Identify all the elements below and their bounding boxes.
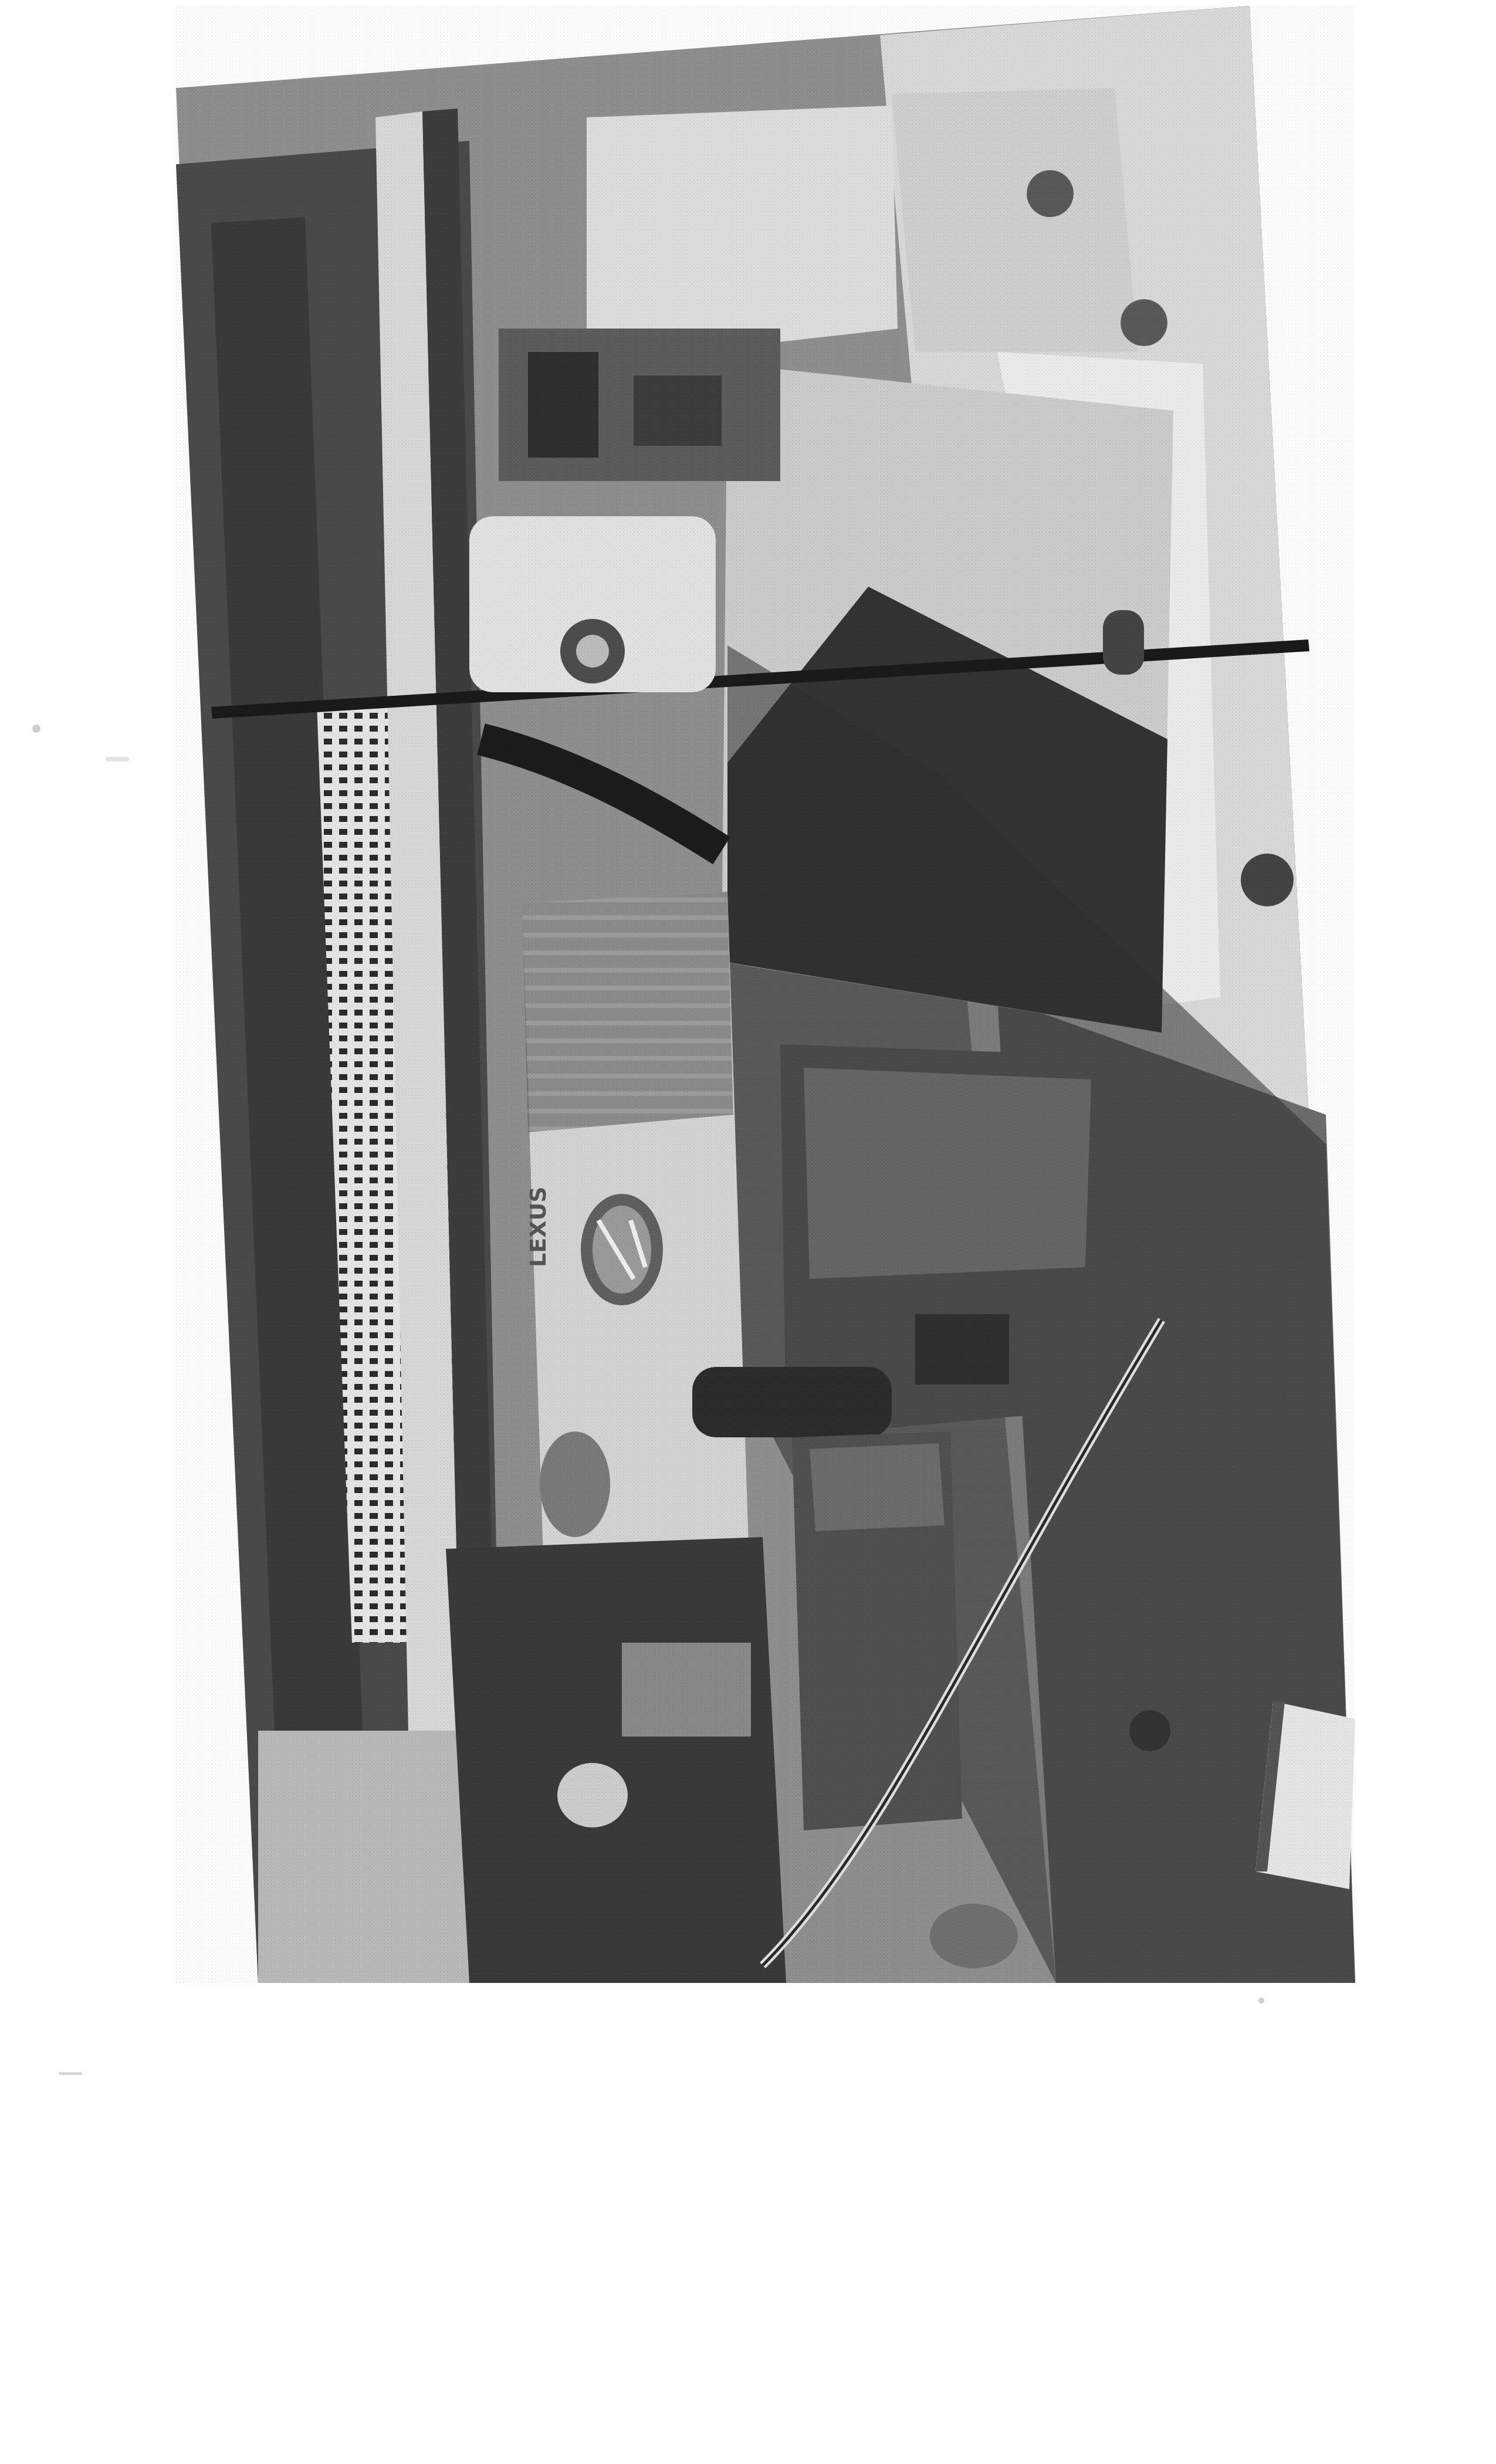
scan-speck [32,725,40,733]
scan-speck [106,757,129,761]
scan-grain [176,6,1355,1983]
scan-speck [59,2072,82,2075]
scanned-page: LEXUS [0,0,1496,2464]
scan-speck [1258,1998,1264,2003]
engine-bay-photo: LEXUS [0,0,1496,2464]
